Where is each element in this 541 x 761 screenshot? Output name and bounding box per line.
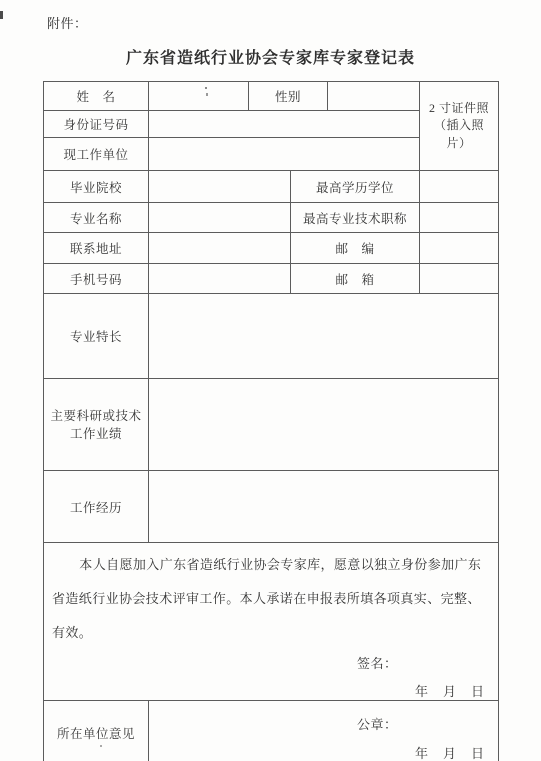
experience-label: 工作经历 [44, 471, 149, 543]
scan-speckle [205, 87, 207, 89]
table-row: 专业名称 最高专业技术职称 [44, 203, 499, 233]
address-label: 联系地址 [44, 233, 149, 264]
signature-label: 签名： [44, 653, 498, 672]
table-row: 工作经历 [44, 471, 499, 543]
scan-speckle [100, 745, 102, 747]
table-row: 本人自愿加入广东省造纸行业协会专家库，愿意以独立身份参加广东省造纸行业协会技术评… [44, 543, 499, 701]
table-row: 姓 名 性别 2 寸证件照 （插入照 片） [44, 82, 499, 111]
name-value-cell [149, 82, 249, 111]
seal-date-label: 年 月 日 [149, 743, 498, 761]
registration-form-table: 姓 名 性别 2 寸证件照 （插入照 片） 身份证号码 现工作单位 毕业院校 最… [43, 81, 499, 761]
email-value-cell [420, 264, 499, 294]
degree-value-cell [420, 171, 499, 203]
tech-title-label: 最高专业技术职称 [291, 203, 420, 233]
mobile-label: 手机号码 [44, 264, 149, 294]
unit-opinion-cell: 公章： 年 月 日 [149, 701, 499, 761]
table-row: 所在单位意见 公章： 年 月 日 [44, 701, 499, 761]
specialty-label: 专业特长 [44, 294, 149, 379]
photo-placeholder-cell: 2 寸证件照 （插入照 片） [420, 82, 499, 171]
achievement-value-cell [149, 379, 499, 471]
table-row: 毕业院校 最高学历学位 [44, 171, 499, 203]
id-number-label: 身份证号码 [44, 111, 149, 138]
zip-value-cell [420, 233, 499, 264]
major-value-cell [149, 203, 291, 233]
seal-label: 公章： [149, 714, 498, 733]
id-number-value-cell [149, 111, 420, 138]
table-row: 专业特长 [44, 294, 499, 379]
workplace-value-cell [149, 138, 420, 171]
specialty-value-cell [149, 294, 499, 379]
mobile-value-cell [149, 264, 291, 294]
gender-value-cell [328, 82, 420, 111]
tech-title-value-cell [420, 203, 499, 233]
unit-opinion-label: 所在单位意见 [44, 701, 149, 761]
gender-label: 性别 [249, 82, 328, 111]
scan-speckle [206, 93, 208, 96]
signature-date-label: 年 月 日 [44, 681, 498, 700]
zip-label: 邮 编 [291, 233, 420, 264]
email-label: 邮 箱 [291, 264, 420, 294]
experience-value-cell [149, 471, 499, 543]
attachment-label: 附件： [47, 13, 88, 32]
achievement-label: 主要科研或技术 工作业绩 [44, 379, 149, 471]
table-row: 联系地址 邮 编 [44, 233, 499, 264]
major-label: 专业名称 [44, 203, 149, 233]
name-label: 姓 名 [44, 82, 149, 111]
degree-label: 最高学历学位 [291, 171, 420, 203]
table-row: 主要科研或技术 工作业绩 [44, 379, 499, 471]
school-value-cell [149, 171, 291, 203]
workplace-label: 现工作单位 [44, 138, 149, 171]
school-label: 毕业院校 [44, 171, 149, 203]
page-title: 广东省造纸行业协会专家库专家登记表 [0, 45, 541, 68]
declaration-cell: 本人自愿加入广东省造纸行业协会专家库，愿意以独立身份参加广东省造纸行业协会技术评… [44, 543, 499, 701]
scan-speckle [0, 11, 3, 19]
table-row: 手机号码 邮 箱 [44, 264, 499, 294]
address-value-cell [149, 233, 291, 264]
declaration-text: 本人自愿加入广东省造纸行业协会专家库，愿意以独立身份参加广东省造纸行业协会技术评… [52, 548, 490, 650]
scanned-form-page: 附件： 广东省造纸行业协会专家库专家登记表 姓 名 性别 2 寸证件照 （插入照… [0, 0, 541, 761]
